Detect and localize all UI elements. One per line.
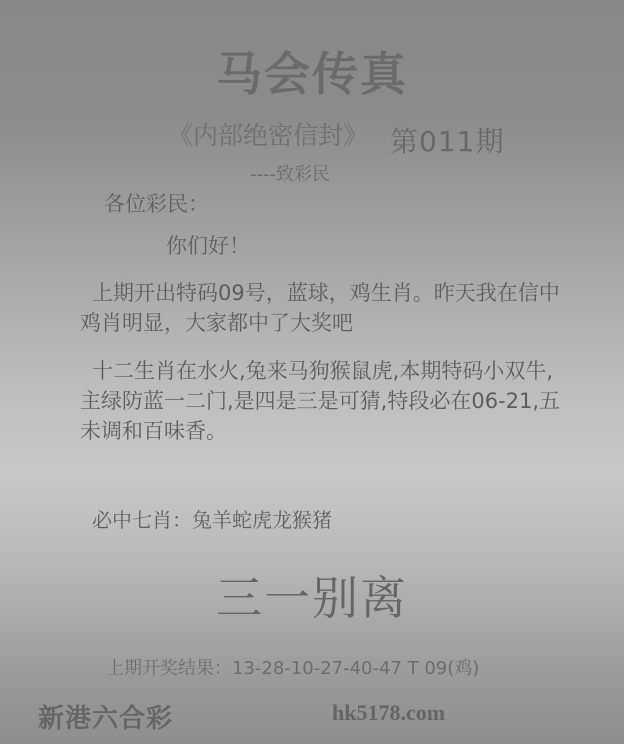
signoff: ----致彩民	[250, 160, 330, 186]
page-title: 马会传真	[0, 38, 624, 104]
paragraph-last-result: 上期开出特码09号，蓝球，鸡生肖。昨天我在信中鸡肖明显，大家都中了大奖吧	[80, 278, 570, 338]
paragraph-prediction-poem: 十二生肖在水火,兔来马狗猴鼠虎,本期特码小双牛,主绿防蓝一二门,是四是三是可猜,…	[80, 356, 570, 446]
issue-number: 第011期	[390, 120, 504, 160]
subtitle: 《内部绝密信封》	[168, 116, 368, 152]
last-draw-label: 上期开奖结果：	[106, 658, 232, 679]
website-link[interactable]: hk5178.com	[332, 700, 445, 726]
highlight-phrase: 三一别离	[0, 562, 624, 628]
must-seven-label: 必中七肖：	[92, 508, 192, 532]
must-seven-value: 兔羊蛇虎龙猴猪	[192, 508, 332, 532]
brand-name: 新港六合彩	[38, 698, 173, 735]
must-seven-zodiacs: 必中七肖：兔羊蛇虎龙猴猪	[92, 504, 332, 533]
last-draw-numbers: 13-28-10-27-40-47 T 09(鸡)	[232, 658, 479, 679]
greeting: 各位彩民：	[104, 188, 209, 218]
hello-text: 你们好！	[166, 230, 250, 260]
last-draw-result: 上期开奖结果：13-28-10-27-40-47 T 09(鸡)	[106, 654, 479, 680]
